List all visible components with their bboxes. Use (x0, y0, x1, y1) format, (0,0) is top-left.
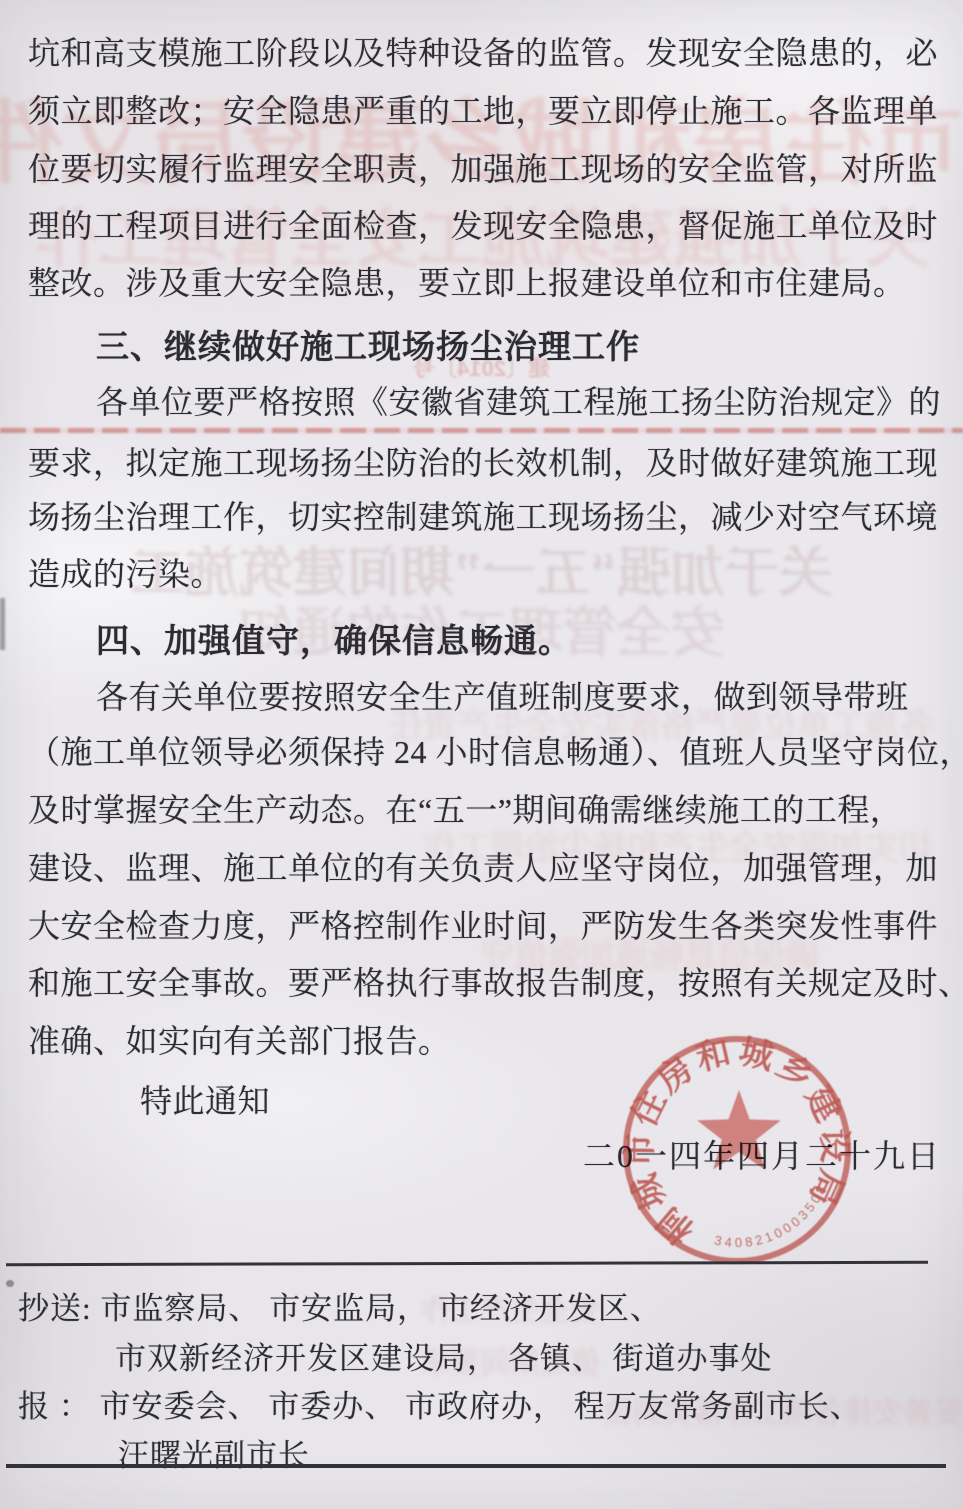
report-line-2: 汪曙光副市长 (118, 1430, 310, 1475)
body-line: 位要切实履行监理安全职责，加强施工现场的安全监管，对所监 (28, 144, 938, 190)
body-line: （施工单位领导必须保持 24 小时信息畅通）、值班人员坚守岗位， (28, 727, 963, 773)
closing-line: 特此通知 (140, 1076, 270, 1122)
seal-code-text: 3408210003508 (713, 1180, 830, 1250)
body-line: 须立即整改；安全隐患严重的工地，要立即停止施工。各监理单 (28, 86, 938, 132)
divider-line-bottom (6, 1464, 946, 1468)
body-line: 造成的污染。 (28, 549, 223, 595)
scan-speck-artifact (6, 1280, 14, 1287)
report-line-1: 报 ： 市安委会、 市委办、 市政府办， 程万友常务副市长、 (18, 1381, 862, 1426)
body-line: 坑和高支模施工阶段以及特种设备的监管。发现安全隐患的，必 (28, 28, 938, 74)
body-line: 场扬尘治理工作，切实控制建筑施工现场扬尘，减少对空气环境 (28, 492, 938, 538)
bleedthrough-red-rule (0, 428, 963, 433)
body-line: 整改。涉及重大安全隐患，要立即上报建设单位和市住建局。 (28, 258, 906, 304)
section-4-heading: 四、加强值守，确保信息畅通。 (96, 615, 572, 662)
cc-line-1: 抄送: 市监察局、 市安监局， 市经济开发区、 (18, 1283, 662, 1328)
scan-edge-artifact (0, 598, 5, 650)
cc-line-2: 市双新经济开发区建设局， 各镇、 街道办事处 (115, 1333, 773, 1378)
body-line: 建设、监理、施工单位的有关负责人应坚守岗位，加强管理，加 (28, 843, 938, 889)
body-line: 及时掌握安全生产动态。在“五一”期间确需继续施工的工程， (28, 785, 902, 831)
body-line: 准确、如实向有关部门报告。 (28, 1016, 451, 1062)
seal-star (697, 1090, 781, 1170)
body-line: 大安全检查力度，严格控制作业时间，严防发生各类突发性事件 (28, 901, 938, 947)
official-seal: 桐城市住房和城乡建设局 3408210003508 (607, 1020, 867, 1280)
section-3-heading: 三、继续做好施工现场扬尘治理工作 (96, 321, 640, 368)
body-line: 理的工程项目进行全面检查，发现安全隐患，督促施工单位及时 (28, 201, 938, 247)
body-line: 和施工安全事故。要严格执行事故报告制度，按照有关规定及时、 (28, 958, 963, 1004)
body-line: 各有关单位要按照安全生产值班制度要求，做到领导带班 (96, 672, 909, 718)
scanned-notice-page: 市住房和城乡建设局文件 关于加强建筑施工安全管理工作 建〔2014〕号 关于加强… (0, 0, 963, 1509)
body-line: 要求，拟定施工现场扬尘防治的长效机制，及时做好建筑施工现 (28, 438, 938, 484)
body-line: 各单位要严格按照《安徽省建筑工程施工扬尘防治规定》的 (96, 377, 941, 423)
